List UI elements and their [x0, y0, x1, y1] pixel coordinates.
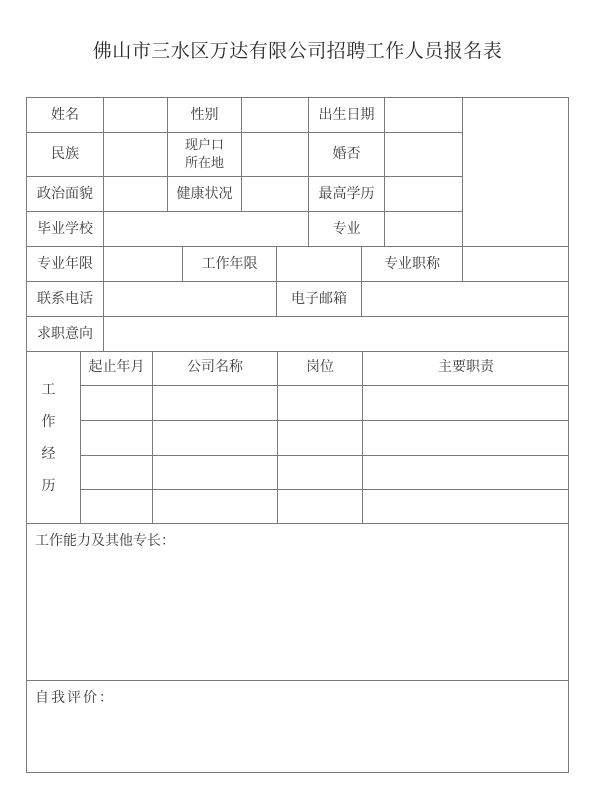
gender-field[interactable] [241, 97, 308, 132]
health-label: 健康状况 [167, 176, 241, 211]
marital-status-field[interactable] [384, 132, 462, 176]
school-field[interactable] [103, 211, 308, 246]
work-history-label: 工 作 经 历 [26, 351, 80, 523]
work-row-3-duties[interactable] [362, 455, 569, 489]
phone-label: 联系电话 [26, 281, 103, 316]
header-period: 起止年月 [80, 351, 152, 385]
political-status-label: 政治面貌 [26, 176, 103, 211]
major-field[interactable] [384, 211, 462, 246]
header-duties: 主要职责 [362, 351, 569, 385]
school-label: 毕业学校 [26, 211, 103, 246]
name-label: 姓名 [26, 97, 103, 132]
work-row-4-period[interactable] [80, 489, 152, 523]
work-row-3-period[interactable] [80, 455, 152, 489]
work-row-4-duties[interactable] [362, 489, 569, 523]
work-row-4-company[interactable] [152, 489, 277, 523]
professional-title-field[interactable] [462, 246, 569, 281]
work-row-2-duties[interactable] [362, 420, 569, 455]
ethnicity-label: 民族 [26, 132, 103, 176]
name-field[interactable] [103, 97, 167, 132]
work-years-field[interactable] [276, 246, 361, 281]
form-title: 佛山市三水区万达有限公司招聘工作人员报名表 [0, 36, 595, 63]
job-intent-field[interactable] [103, 316, 569, 351]
major-years-label: 专业年限 [26, 246, 103, 281]
political-status-field[interactable] [103, 176, 167, 211]
skills-label: 工作能力及其他专长： [35, 532, 175, 551]
marital-status-label: 婚否 [308, 132, 384, 176]
phone-field[interactable] [103, 281, 276, 316]
work-row-2-period[interactable] [80, 420, 152, 455]
email-field[interactable] [361, 281, 569, 316]
major-years-field[interactable] [103, 246, 182, 281]
birth-date-label: 出生日期 [308, 97, 384, 132]
work-row-1-period[interactable] [80, 385, 152, 420]
professional-title-label: 专业职称 [361, 246, 462, 281]
gender-label: 性别 [167, 97, 241, 132]
work-row-4-position[interactable] [277, 489, 362, 523]
work-row-1-duties[interactable] [362, 385, 569, 420]
photo-box[interactable] [462, 97, 569, 246]
hukou-label-line1: 现户口 [185, 137, 224, 155]
ethnicity-field[interactable] [103, 132, 167, 176]
work-row-3-position[interactable] [277, 455, 362, 489]
work-row-2-company[interactable] [152, 420, 277, 455]
job-intent-label: 求职意向 [26, 316, 103, 351]
email-label: 电子邮箱 [276, 281, 361, 316]
header-position: 岗位 [277, 351, 362, 385]
hukou-field[interactable] [241, 132, 308, 176]
education-label: 最高学历 [308, 176, 384, 211]
birth-date-field[interactable] [384, 97, 462, 132]
work-row-1-company[interactable] [152, 385, 277, 420]
self-evaluation-label: 自我评价： [35, 689, 115, 708]
work-row-3-company[interactable] [152, 455, 277, 489]
health-field[interactable] [241, 176, 308, 211]
work-row-1-position[interactable] [277, 385, 362, 420]
hukou-label-line2: 所在地 [185, 155, 224, 173]
skills-section[interactable]: 工作能力及其他专长： [26, 523, 569, 680]
self-evaluation-section[interactable]: 自我评价： [26, 680, 569, 773]
header-company: 公司名称 [152, 351, 277, 385]
work-history-label-line2: 经 历 [27, 438, 80, 502]
work-years-label: 工作年限 [182, 246, 276, 281]
work-row-2-position[interactable] [277, 420, 362, 455]
work-history-label-line1: 工 作 [27, 374, 80, 438]
education-field[interactable] [384, 176, 462, 211]
major-label: 专业 [308, 211, 384, 246]
hukou-label: 现户口 所在地 [167, 132, 241, 176]
